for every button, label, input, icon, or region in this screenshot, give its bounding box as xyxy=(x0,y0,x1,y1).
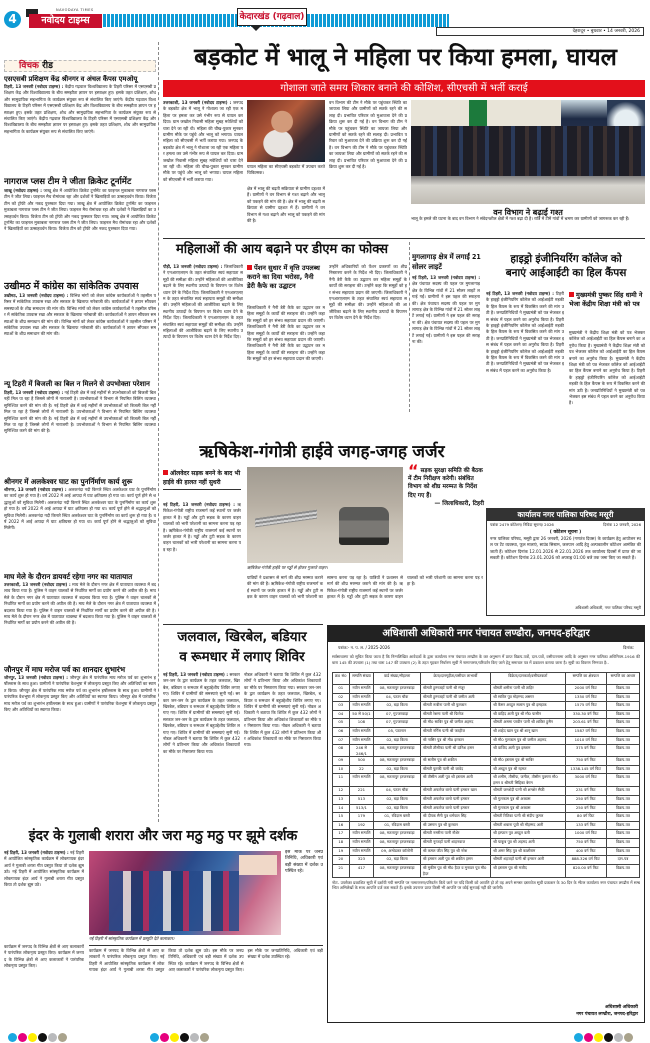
landhaura-table-body: 01नवीन सम्पत्ति08, मतलापुर हरजनबाड़ाश्री… xyxy=(333,685,640,878)
lead-photo-caption: घायल महिला का सीएचसी बड़कोट में उपचार कर… xyxy=(247,164,325,184)
table-cell: 08, मतलापुर हरजनबाड़ा xyxy=(374,830,421,839)
highway-kicker: ऑलवेदर सड़क बनने के बाद भी हाईवे की हालत… xyxy=(163,469,241,490)
section-divider xyxy=(163,238,645,239)
table-cell: श्रीमती रेशमा पत्नी श्री फिरोज xyxy=(420,710,490,719)
table-cell: श्रीमती अफरोज बानो पत्नी इमरान खान xyxy=(420,787,490,796)
brief-headline: एसएसबी प्रशिक्षण केंद्र श्रीनगर व अंचल क… xyxy=(4,75,156,84)
table-row: 0450 से 50/107, गुज्जरवाड़ाश्रीमती रेशमा… xyxy=(333,710,640,719)
highway-body: नई टिहरी, 13 जनवरी (नवोदय टाइम्स) : ऋषिक… xyxy=(163,502,241,568)
table-cell: 18 xyxy=(333,838,350,847)
mussoorie-notice-title: कार्यालय नगर पालिका परिषद मसूरी xyxy=(487,509,644,521)
culture-headline: इंदर के गुलाबी शरारा और जरा मठु मठु पर झ… xyxy=(4,826,322,846)
table-cell: 06 xyxy=(333,727,350,736)
col-property-no: सम्पत्ति संख्या xyxy=(349,673,374,685)
table-cell: 01 xyxy=(333,685,350,694)
table-cell: श्री शाहेद खान पुत्र श्री शानू खान xyxy=(491,727,565,736)
table-cell: श्री कैसर अब्दुल सलाम पुत्र श्री इसहाक xyxy=(491,702,565,711)
table-row: 18नवीन सम्पत्ति08, मतलापुर हरजनबाड़ाश्री… xyxy=(333,838,640,847)
table-cell: 1587 वर्ग फिट xyxy=(565,727,606,736)
table-row: 14513/102, बड़ा किलाश्रीमती अफरोज बानो प… xyxy=(333,804,640,813)
table-cell: श्रीमती फुरकी पत्नी श्री जावेद xyxy=(420,765,490,774)
table-cell: श्री इरफान पुत्र अब्दुल वली xyxy=(491,830,565,839)
table-cell: 500 xyxy=(349,757,374,766)
table-cell: 08, मतलापुर हरजनबाड़ा xyxy=(374,685,421,694)
highway-headline: ऋषिकेश-गंगोत्री हाईवे जगह-जगह जर्जर xyxy=(163,440,481,464)
table-cell: 750 वर्ग फिट xyxy=(565,757,606,766)
table-cell: 231 वर्ग फिट xyxy=(565,787,606,796)
dancers-photo xyxy=(89,851,281,935)
table-cell: विक्रय-पत्र xyxy=(606,847,639,856)
table-cell: विक्रय-पत्र xyxy=(606,795,639,804)
culture-body-right: इस मौके पर जनप्रतिनिधि, अधिकारी एवं बड़ी… xyxy=(285,850,323,942)
table-cell: 250 वर्ग फिट xyxy=(565,804,606,813)
landhaura-date: दिनांक: xyxy=(623,645,634,651)
table-cell: 14 xyxy=(333,804,350,813)
table-row: 06नवीन सम्पत्ति05, पठानानश्रीमती नर्गिस … xyxy=(333,727,640,736)
hydro-headline-line1: हाइड्रो इंजीनियरिंग कॉलेज को xyxy=(486,252,646,266)
lead-subheadline: गोशाला जाते समय शिकार बनाने की कोशिश, सी… xyxy=(163,80,645,97)
table-cell: 750 वर्ग फिट xyxy=(565,838,606,847)
table-cell: श्री मौ0 साबिर पुत्र श्री जमील अहमद xyxy=(420,719,490,728)
table-cell: 80 वर्ग फिट xyxy=(565,813,606,822)
table-cell: विक्रय-पत्र xyxy=(606,830,639,839)
table-cell: विक्रय-पत्र xyxy=(606,821,639,830)
signature-line2: नगर पंचायत लण्ढौरा, जनपद-हरिद्वार xyxy=(576,1011,638,1018)
table-cell: श्रीमती हुस्नजहाँ पत्नी श्री मंजूर xyxy=(420,685,490,694)
table-cell: विक्रय-पत्र xyxy=(606,727,639,736)
landhaura-ref: पत्रांक:- न. प. ल. / 2025-2026 xyxy=(338,645,390,651)
women-income-pullquote: पेंशन सुधार में वृत्ति उपलब्ध कराने का द… xyxy=(247,264,323,291)
registration-dot xyxy=(190,1033,199,1042)
mussoorie-ref: पत्रांक 2479 कोटेशन/ निविदा सूचना/ 2026 xyxy=(490,522,554,528)
table-row: 1222104, पठान चौकश्रीमती अफरोज बानो पत्न… xyxy=(333,787,640,796)
table-cell: 13 xyxy=(333,795,350,804)
brief-article: माघ मेले के दौरान डायवर्ट रहेगा नगर का य… xyxy=(4,571,156,664)
briefs-header: विचक रीड xyxy=(4,60,156,72)
landhaura-signature: अधिशासी अधिकारी नगर पंचायत लण्ढौरा, जनपद… xyxy=(576,1004,638,1018)
table-cell: श्री शमीम, तौसीफ, जमील, तौसीम पुत्रगण मौ… xyxy=(491,774,565,787)
table-cell: 03 xyxy=(333,702,350,711)
table-cell: श्रीमती अफरोज बानो पत्नी इमरान xyxy=(420,804,490,813)
landhaura-notice: अधिशासी अधिकारी नगर पंचायत लण्ढौरा, जनपद… xyxy=(327,625,645,1023)
registration-dot xyxy=(614,1033,623,1042)
table-cell: 16 xyxy=(333,821,350,830)
red-square-icon xyxy=(569,292,574,297)
column-divider xyxy=(158,42,159,822)
stage-banner xyxy=(239,855,277,875)
table-row: 01नवीन सम्पत्ति08, मतलापुर हरजनबाड़ाश्री… xyxy=(333,685,640,694)
table-row: 102202, बड़ा किलाश्रीमती फुरकी पत्नी श्र… xyxy=(333,765,640,774)
registration-marks-right xyxy=(574,1027,634,1043)
masthead: 4 NAVODAYA TIMES नवोदय टाइम्स केदारखंड (… xyxy=(0,0,650,34)
table-row: 0510807, गुज्जरवाड़ाश्री मौ0 साबिर पुत्र… xyxy=(333,719,640,728)
table-cell: नवीन सम्पत्ति xyxy=(349,838,374,847)
brief-article: एसएसबी प्रशिक्षण केंद्र श्रीनगर व अंचल क… xyxy=(4,75,156,176)
table-cell: श्रीमती नर्गिस पत्नी श्री फरहीज xyxy=(420,727,490,736)
registration-dot xyxy=(200,1033,209,1042)
table-cell: विक्रय-पत्र xyxy=(606,685,639,694)
forest-caption-text: भालू के हमले की घटना के बाद वन विभाग ने … xyxy=(411,216,645,236)
table-cell: 1000 वर्ग फिट xyxy=(565,830,606,839)
culture-body: नई टिहरी, 13 जनवरी (नवोदय टाइम्स) : नई ट… xyxy=(4,850,84,942)
brief-headline: माघ मेले के दौरान डायवर्ट रहेगा नगर का य… xyxy=(4,571,156,582)
table-cell: 323 xyxy=(349,856,374,865)
table-cell: 820.00 वर्ग फिट xyxy=(565,864,606,877)
page-number-badge: 4 xyxy=(4,11,21,28)
registration-dot xyxy=(604,1033,613,1042)
table-cell: 513 xyxy=(349,795,374,804)
table-cell: श्रीमती हुस्नजहाँ पत्नी श्री जमील अली xyxy=(420,693,490,702)
table-cell: 02, बड़ा किला xyxy=(374,736,421,745)
table-cell: 19 xyxy=(333,847,350,856)
table-cell: 01, रविदास बस्ती xyxy=(374,813,421,822)
brief-body: उत्तरकाशी, 13 जनवरी (नवोदय टाइम्स) : माघ… xyxy=(4,582,156,664)
table-cell: श्री कमल जीत सिंह पुत्र श्री नरेश xyxy=(420,847,490,856)
lead-body-col3: वन विभाग की टीम ने मौके पर पहुंचकर स्थित… xyxy=(329,100,407,230)
table-cell: श्रीमती शमीना पत्नी श्री ताहिर xyxy=(491,685,565,694)
col-buyer: क्रेता/दानगृहीता/वसीयत लाभार्थी xyxy=(420,673,490,685)
registration-dot xyxy=(18,1033,27,1042)
paper-small-label: NAVODAYA TIMES xyxy=(56,8,94,12)
table-cell: 22 xyxy=(349,765,374,774)
table-cell: 02, बड़ा किला xyxy=(374,765,421,774)
highway-photo-caption: ऋषिकेश-गंगोत्री हाईवे पर गड्ढों से होकर … xyxy=(247,565,403,573)
registration-dot xyxy=(58,1033,67,1042)
brief-body: जौनपुर, 13 जनवरी (नवोदय टाइम्स) : जौनपुर… xyxy=(4,675,156,757)
table-cell: नवीन सम्पत्ति xyxy=(349,774,374,787)
table-cell: 1350 वर्ग फिट xyxy=(565,693,606,702)
table-cell: 05 xyxy=(333,719,350,728)
culture-body2: कार्यक्रम में जनपद के विभिन्न क्षेत्रों … xyxy=(4,944,84,1012)
table-cell: 1575 वर्ग फिट xyxy=(565,702,606,711)
section-label: केदारखंड (गढ़वाल) xyxy=(237,8,307,26)
camps-body: नई टिहरी, 13 जनवरी (नवोदय टाइम्स) : सरका… xyxy=(163,672,240,820)
people-group xyxy=(411,126,645,176)
camps-headline-line1: जलवाल, खिरबेल, बडियार xyxy=(163,628,321,647)
camps-body2: नोडल अधिकारी ने बताया कि शिविर में कुल 4… xyxy=(244,672,321,820)
col-area: सम्पत्ति का क्षेत्रफल xyxy=(565,673,606,685)
brief-headline: जौनपुर में माघ मरोज पर्व का शानदार शुभार… xyxy=(4,664,156,675)
table-row: 1351302, बड़ा किलाश्रीमती अफरोज बानो पत्… xyxy=(333,795,640,804)
table-cell: श्रीमती शहजहाँ पत्नी श्री इमरान अली xyxy=(491,856,565,865)
table-cell: 01, रविदास बस्ती xyxy=(374,821,421,830)
table-cell: विक्रय-पत्र xyxy=(606,710,639,719)
table-cell: 17 xyxy=(333,830,350,839)
registration-dot xyxy=(574,1033,583,1042)
brief-article: नागराज प्लस टीम ने जीता क्रिकेट टूर्नामे… xyxy=(4,176,156,280)
table-cell: 250 वर्ग फिट xyxy=(565,795,606,804)
table-cell: 05, पठानान xyxy=(374,727,421,736)
mussoorie-notice: कार्यालय नगर पालिका परिषद मसूरी पत्रांक … xyxy=(486,508,645,616)
green-door xyxy=(469,100,487,126)
registration-dot xyxy=(38,1033,47,1042)
table-cell: 07, गुज्जरवाड़ा xyxy=(374,710,421,719)
table-cell: 330.30 वर्ग फिट xyxy=(565,710,606,719)
table-row: 2032302, बड़ा किलाश्री इमरान अली पुत्र श… xyxy=(333,856,640,865)
table-cell: श्री वाजिद अली पुत्र इस्लाम xyxy=(491,745,565,757)
table-cell: श्री मुकीम पुत्र श्री मौ0 हैदर व मुनव्वर… xyxy=(420,864,490,877)
table-cell: विक्रय-पत्र xyxy=(606,702,639,711)
table-row: 1517901, रविदास बस्तीश्री दीपक सैनी पुत्… xyxy=(333,813,640,822)
table-cell: दान-पत्र xyxy=(606,856,639,865)
table-cell: श्री तौसीम अली पुत्र श्री इस्लाम अली xyxy=(420,774,490,787)
red-square-icon xyxy=(163,470,168,475)
table-cell: नवीन सम्पत्ति xyxy=(349,685,374,694)
mussoorie-signature: अधिशासी अधिकारी, नगर पालिका परिषद मसूरी xyxy=(487,605,644,611)
table-cell: श्री गुलफाम पुत्र श्री अब्बास xyxy=(491,804,565,813)
table-cell: 11 xyxy=(333,774,350,787)
registration-dot xyxy=(624,1033,633,1042)
table-cell: 08 xyxy=(333,745,350,757)
quote-attribution: — जिलाधिकारी, टिहरी xyxy=(408,500,484,508)
table-cell: विक्रय-पत्र xyxy=(606,757,639,766)
culture-photo-caption: नई टिहरी में सांस्कृतिक कार्यक्रम में प्… xyxy=(89,936,281,944)
table-cell: 02 xyxy=(333,693,350,702)
table-row: 08246 से 246/108, मतलापुर हरजनबाड़ाश्रीम… xyxy=(333,745,640,757)
registration-marks-center xyxy=(150,1027,210,1043)
brief-body: श्रीनगर, 13 जनवरी (नवोदय टाइम्स) : अलकनं… xyxy=(4,487,156,571)
table-cell: 08, मतलापुर हरजनबाड़ा xyxy=(374,774,421,787)
hydro-pullquote: मुख्यमंत्री पुष्कर सिंह धामी ने भेजा कें… xyxy=(569,291,645,309)
table-cell: 1010 वर्ग फिट xyxy=(565,736,606,745)
table-cell: श्री अमर सिंह पुत्र श्री काशीराम xyxy=(491,847,565,856)
table-cell: 02, बड़ा किला xyxy=(374,804,421,813)
brief-body: उखीमठ, 13 जनवरी (नवोदय टाइम्स) : विभिन्न… xyxy=(4,293,156,379)
table-cell: 888.326 वर्ग फिट xyxy=(565,856,606,865)
table-cell: 20 xyxy=(333,856,350,865)
table-cell: श्री मौ0 इस्लाम पुत्र श्री साबिर xyxy=(491,757,565,766)
table-cell: विक्रय-पत्र xyxy=(606,736,639,745)
table-cell: 375 वर्ग फिट xyxy=(565,745,606,757)
brief-article: जौनपुर में माघ मरोज पर्व का शानदार शुभार… xyxy=(4,664,156,757)
registration-dot xyxy=(160,1033,169,1042)
table-cell: 07, गुज्जरवाड़ा xyxy=(374,719,421,728)
table-cell: 07 xyxy=(333,736,350,745)
table-cell: श्री नासिर पुत्र श्री मौ0 इरफान xyxy=(420,736,490,745)
table-row: 2141708, मतलापुर हरजनबाड़ाश्री मुकीम पुत… xyxy=(333,864,640,877)
table-row: 19नवीन सम्पत्ति09, अम्बेडकर कॉलोनीश्री क… xyxy=(333,847,640,856)
table-cell: श्री उस्मान पुत्र श्री कुरबान xyxy=(420,821,490,830)
briefs-label-red: विचक xyxy=(19,61,39,71)
table-cell: नवीन सम्पत्ति xyxy=(349,830,374,839)
table-cell: 203.61 वर्ग फिट xyxy=(565,719,606,728)
table-cell: 09 xyxy=(333,757,350,766)
column-divider xyxy=(409,242,410,412)
brief-headline: नागराज प्लस टीम ने जीता क्रिकेट टूर्नामे… xyxy=(4,176,156,188)
table-cell: 21 xyxy=(333,864,350,877)
dancer-figures xyxy=(109,871,239,931)
table-cell: विक्रय-पत्र xyxy=(606,745,639,757)
table-cell: श्रीमती रितिका पत्नी श्री संदीप कुमार xyxy=(491,813,565,822)
table-cell: श्रीमती तौसीफा पत्नी श्री दानिश हसन xyxy=(420,745,490,757)
solar-headline: मुगलागाड़ क्षेत्र में लगाईं 21 सोलर लाइट… xyxy=(412,252,482,272)
lead-body-col2: क्षेत्र में भालू की बढ़ती सक्रियता से ग्… xyxy=(247,186,325,230)
table-cell: 10 xyxy=(333,765,350,774)
women-income-body3: उन्होंने अधिकारियों को पेंशन प्रकरणों का… xyxy=(329,264,407,414)
table-cell: श्रीमती नसरीना पत्नी नौशेर xyxy=(420,830,490,839)
mussoorie-body: नगर पालिका परिषद, मसूरी द्वारा 26 जनवरी,… xyxy=(487,535,644,605)
table-cell: 04, पठान चौक xyxy=(374,693,421,702)
table-cell: 50 से 50/1 xyxy=(349,710,374,719)
table-cell: श्री मौ0 गुलफाम पुत्र श्री जमील अहमद xyxy=(491,736,565,745)
highway-body2: यात्रियों ने प्रशासन से मार्ग की शीघ्र म… xyxy=(247,575,483,621)
table-row: 02नवीन सम्पत्ति04, पठान चौकश्रीमती हुस्न… xyxy=(333,693,640,702)
registration-dot xyxy=(180,1033,189,1042)
landhaura-table: क्र0 सं0 सम्पत्ति संख्या वार्ड संख्या/मौ… xyxy=(332,672,640,878)
table-cell: 3000 वर्ग फिट xyxy=(565,774,606,787)
table-cell: 108 xyxy=(349,719,374,728)
table-cell: श्रीमती रूबीना पत्नी श्री फुरकान xyxy=(420,702,490,711)
table-row: 03नवीन सम्पत्ति02, बड़ा किलाश्रीमती रूबी… xyxy=(333,702,640,711)
table-cell: श्री इमरान अली पुत्र श्री शकील हसन xyxy=(420,856,490,865)
table-cell: 12 xyxy=(333,787,350,796)
table-cell: नवीन सम्पत्ति xyxy=(349,727,374,736)
landhaura-footnote: नोटः- उपरोक्त प्रकाशित सूची में दर्शायी … xyxy=(332,880,640,898)
registration-dot xyxy=(170,1033,179,1042)
injured-woman-photo xyxy=(247,100,325,162)
table-cell: विक्रय-पत्र xyxy=(606,693,639,702)
registration-dot xyxy=(8,1033,17,1042)
col-ward: वार्ड संख्या/मौहल्ला xyxy=(374,673,421,685)
briefs-label-black: रीड xyxy=(42,61,53,71)
brief-body: जाखू (नवोदय टाइम्स) : जाखू क्षेत्र में आ… xyxy=(4,188,156,280)
table-cell: श्रीमती शबाना पुत्री श्री मौहम्मद अली xyxy=(491,821,565,830)
section-divider xyxy=(89,945,323,946)
table-cell: 04 xyxy=(333,710,350,719)
table-cell: 179 xyxy=(349,813,374,822)
brief-article: श्रीनगर में अलकेश्वर घाट का पुनर्निर्माण… xyxy=(4,476,156,571)
table-row: 0950008, मतलापुर हरजनबाड़ाश्री सलीम पुत्… xyxy=(333,757,640,766)
table-cell: नवीन सम्पत्ति xyxy=(349,736,374,745)
left-column: विचक रीड एसएसबी प्रशिक्षण केंद्र श्रीनगर… xyxy=(4,60,156,820)
table-cell: श्री गुलफाम पुत्र श्री अब्बास xyxy=(491,795,565,804)
landhaura-intro: सर्वसाधारण को सूचित किया जाता है कि निम्… xyxy=(332,654,640,672)
hydro-body2: मुख्यमंत्री ने केंद्रीय शिक्षा मंत्री को… xyxy=(569,330,645,480)
women-income-body: पौड़ी, 13 जनवरी (नवोदय टाइम्स) : जिलाधिक… xyxy=(163,264,243,414)
hydro-body: नई टिहरी, 13 जनवरी (नवोदय टाइम्स) : टिहर… xyxy=(486,291,564,481)
camps-headline-line2: व रूमधार में लगाए शिविर xyxy=(163,648,321,667)
table-row: 07नवीन सम्पत्ति02, बड़ा किलाश्री नासिर प… xyxy=(333,736,640,745)
guardrail xyxy=(255,510,317,528)
table-cell: 221 xyxy=(349,787,374,796)
registration-dot xyxy=(584,1033,593,1042)
brief-body: टिहरी, 13 जनवरी (नवोदय टाइम्स) : नई टिहर… xyxy=(4,390,156,476)
car xyxy=(339,507,389,545)
landhaura-ref-row: पत्रांक:- न. प. ल. / 2025-2026 दिनांक: xyxy=(332,642,640,654)
table-cell: श्री वाहिद अली पुत्र श्री मौ0 यासीन xyxy=(491,710,565,719)
registration-dot xyxy=(28,1033,37,1042)
table-cell: श्रीमती असमा परवीन पत्नी श्री शाकिर हुसै… xyxy=(491,719,565,728)
signature-line1: अधिशासी अधिकारी xyxy=(576,1004,638,1011)
table-cell: 02, बड़ा किला xyxy=(374,856,421,865)
forest-team-photo xyxy=(411,100,645,204)
col-serial: क्र0 सं0 xyxy=(333,673,350,685)
table-cell: 417 xyxy=(349,864,374,877)
hydro-headline-line2: बनाएं आईआईटी का हिल कैंपस xyxy=(486,266,646,280)
paper-name-logo: नवोदय टाइम्स xyxy=(29,14,102,28)
table-cell: विक्रय-पत्र xyxy=(606,787,639,796)
table-cell: 08, मतलापुर हरजनबाड़ा xyxy=(374,864,421,877)
registration-dot xyxy=(48,1033,57,1042)
table-cell: विक्रय-पत्र xyxy=(606,774,639,787)
brief-headline: श्रीनगर में अलकेश्वर घाट का पुनर्निर्माण… xyxy=(4,476,156,487)
registration-dot xyxy=(594,1033,603,1042)
table-row: 1619201, रविदास बस्तीश्री उस्मान पुत्र श… xyxy=(333,821,640,830)
table-cell: श्रीमती जमशेदी पत्नी श्री शमशेर सैफी xyxy=(491,787,565,796)
registration-marks-left xyxy=(8,1027,68,1043)
section-divider xyxy=(163,624,323,625)
brief-article: न्यू टिहरी में बिजली का बिल न मिलने से उ… xyxy=(4,379,156,476)
table-cell: 02, बड़ा किला xyxy=(374,702,421,711)
table-cell: नवीन सम्पत्ति xyxy=(349,693,374,702)
table-cell: विक्रय-पत्र xyxy=(606,864,639,877)
table-header-row: क्र0 सं0 सम्पत्ति संख्या वार्ड संख्या/मौ… xyxy=(333,673,640,685)
table-cell: 15 xyxy=(333,813,350,822)
highway-quote: “सड़क सुरक्षा समिति की बैठक में टीम निरी… xyxy=(408,467,484,508)
table-cell: 192 xyxy=(349,821,374,830)
registration-dot xyxy=(150,1033,159,1042)
table-row: 17नवीन सम्पत्ति08, मतलापुर हरजनबाड़ाश्री… xyxy=(333,830,640,839)
table-cell: 400 वर्ग फिट xyxy=(565,847,606,856)
table-row: 11नवीन सम्पत्ति08, मतलापुर हरजनबाड़ाश्री… xyxy=(333,774,640,787)
brief-headline: उखीमठ में कांग्रेस का सांकेतिक उपवास xyxy=(4,280,156,293)
table-cell: 04, पठान चौक xyxy=(374,787,421,796)
table-cell: विक्रय-पत्र xyxy=(606,838,639,847)
mussoorie-notice-ref-row: पत्रांक 2479 कोटेशन/ निविदा सूचना/ 2026 … xyxy=(487,521,644,529)
table-cell: नवीन सम्पत्ति xyxy=(349,847,374,856)
brief-body: टिहरी, 13 जनवरी (नवोदय टाइम्स) : केंद्री… xyxy=(4,84,156,176)
mussoorie-date: दिनांक 12 जनवरी, 2026 xyxy=(603,522,641,528)
table-cell: नवीन सम्पत्ति xyxy=(349,702,374,711)
table-cell: 02, बड़ा किला xyxy=(374,795,421,804)
red-square-icon xyxy=(247,265,252,270)
damaged-highway-photo xyxy=(247,467,403,563)
table-cell: 08, मतलापुर हरजनबाड़ा xyxy=(374,838,421,847)
table-cell: श्री साबिर पुत्र मोहम्मद असगर xyxy=(491,693,565,702)
col-basis: सम्पत्ति का आधार xyxy=(606,673,639,685)
table-cell: 1338.145 वर्ग फिट xyxy=(565,765,606,774)
women-income-headline: महिलाओं की आय बढ़ाने पर डीएम का फोक्स xyxy=(163,240,401,260)
table-cell: 09, अम्बेडकर कॉलोनी xyxy=(374,847,421,856)
lead-body-col1: उत्तरकाशी, 13 जनवरी (नवोदय टाइम्स) : जनप… xyxy=(163,100,243,230)
section-label-pointer xyxy=(251,26,261,31)
brief-article: उखीमठ में कांग्रेस का सांकेतिक उपवास उखी… xyxy=(4,280,156,379)
table-cell: 246 से 246/1 xyxy=(349,745,374,757)
table-cell: श्री इस्लाम पुत्र श्री मजीद xyxy=(491,864,565,877)
table-cell: विक्रय-पत्र xyxy=(606,765,639,774)
table-cell: श्रीमती नूरजहाँ पत्नी शाहनवाज xyxy=(420,838,490,847)
table-cell: विक्रय-पत्र xyxy=(606,813,639,822)
table-cell: विक्रय-पत्र xyxy=(606,719,639,728)
table-cell: 2000 वर्ग फिट xyxy=(565,685,606,694)
table-cell: श्री सलीम पुत्र श्री शकील xyxy=(420,757,490,766)
quote-mark-icon: “ xyxy=(408,467,419,475)
table-cell: 513/1 xyxy=(349,804,374,813)
col-seller: विक्रेता/दानकर्ता/वसीयतकर्ता xyxy=(491,673,565,685)
landhaura-notice-title: अधिशासी अधिकारी नगर पंचायत लण्ढौरा, जनपद… xyxy=(328,626,644,642)
brief-headline: न्यू टिहरी में बिजली का बिल न मिलने से उ… xyxy=(4,379,156,390)
solar-body: नई टिहरी, 13 जनवरी (नवोदय टाइम्स) : क्षे… xyxy=(412,275,480,415)
table-cell: 133 वर्ग फिट xyxy=(565,821,606,830)
table-cell: श्री अब्दुल पुत्र श्री रहमत xyxy=(491,765,565,774)
table-cell: श्री दीपक सैनी पुत्र धर्मपाल सिंह xyxy=(420,813,490,822)
table-cell: श्री याकूब पुत्र श्री अहमद अली xyxy=(491,838,565,847)
table-cell: श्रीमती अफरोज बानो पत्नी इमरान xyxy=(420,795,490,804)
dateline-box: देहरादून • बुधवार • 14 जनवरी, 2026 xyxy=(436,27,644,36)
women-income-body2: जिलाधिकारी ने नैनी डेरी कैफे का उद्घाटन … xyxy=(247,305,325,413)
table-cell: 08, मतलापुर हरजनबाड़ा xyxy=(374,745,421,757)
table-cell: 08, मतलापुर हरजनबाड़ा xyxy=(374,757,421,766)
